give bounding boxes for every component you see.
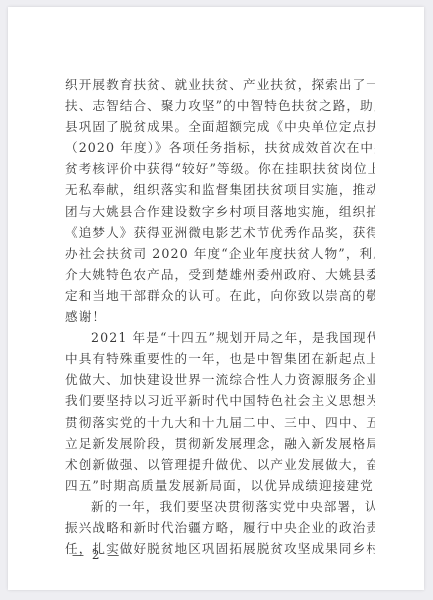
text-line: 贯彻落实党的十九大和十九届二中、三中、四中、五中全会精神，: [65, 412, 375, 433]
text-line: 术创新做强、以管理提升做优、以产业发展做大，奋力开创“十: [65, 454, 375, 475]
text-line: 扶、志智结合、聚力攻坚”的中智特色扶贫之路，助力定点扶贫: [65, 95, 375, 116]
paragraph-start-line: 2021 年是“十四五”规划开局之年，是我国现代化建设进程: [65, 327, 375, 348]
text-line: 《追梦人》获得亚洲微电影艺术节优秀作品奖，获得国务院扶贫: [65, 222, 375, 243]
text-line: 优做大、加快建设世界一流综合性人力资源服务企业的关键一年。: [65, 369, 375, 390]
document-page: 织开展教育扶贫、就业扶贫、产业扶贫，探索出了一条“精准帮 扶、志智结合、聚力攻坚…: [8, 7, 424, 590]
text-line: 织开展教育扶贫、就业扶贫、产业扶贫，探索出了一条“精准帮: [65, 74, 375, 95]
text-line: 四五”时期高质量发展新局面，以优异成绩迎接建党 100 周年！: [65, 475, 375, 496]
text-line: 县巩固了脱贫成果。全面超额完成《中央单位定点扶贫责任书: [65, 116, 375, 137]
document-body: 织开展教育扶贫、就业扶贫、产业扶贫，探索出了一条“精准帮 扶、志智结合、聚力攻坚…: [65, 74, 375, 559]
text-line: 无私奉献，组织落实和监督集团扶贫项目实施，推动阿里巴巴集: [65, 179, 375, 200]
page-number: — 2 —: [72, 548, 121, 562]
text-line: 贫考核评价中获得“较好”等级。你在挂职扶贫岗位上恪尽职守、: [65, 158, 375, 179]
text-line: 办社会扶贫司 2020 年度“企业年度扶贫人物”，利用电商平台推: [65, 243, 375, 264]
text-line: 定和当地干部群众的认可。在此，向你致以崇高的敬意和衷心的: [65, 285, 375, 306]
paragraph-start-line: 新的一年，我们要坚决贯彻落实党中央部署，认真落实乡村: [65, 496, 375, 517]
text-line: 振兴战略和新时代治疆方略，履行中央企业的政治责任和社会责: [65, 517, 375, 538]
text-line: 感谢！: [65, 306, 375, 327]
text-line: 我们要坚持以习近平新时代中国特色社会主义思想为指导，深入: [65, 390, 375, 411]
text-line: （2020 年度）》各项任务指标，扶贫成效首次在中央单位定点扶: [65, 137, 375, 158]
text-line: 介大姚特色农产品，受到楚雄州委州政府、大姚县委县政府的肯: [65, 264, 375, 285]
text-line: 中具有特殊重要性的一年，也是中智集团在新起点上聚焦做强做: [65, 348, 375, 369]
text-line: 团与大姚县合作建设数字乡村项目落地实施，组织拍摄的微电影: [65, 201, 375, 222]
text-line: 立足新发展阶段，贯彻新发展理念，融入新发展格局，实现以技: [65, 433, 375, 454]
